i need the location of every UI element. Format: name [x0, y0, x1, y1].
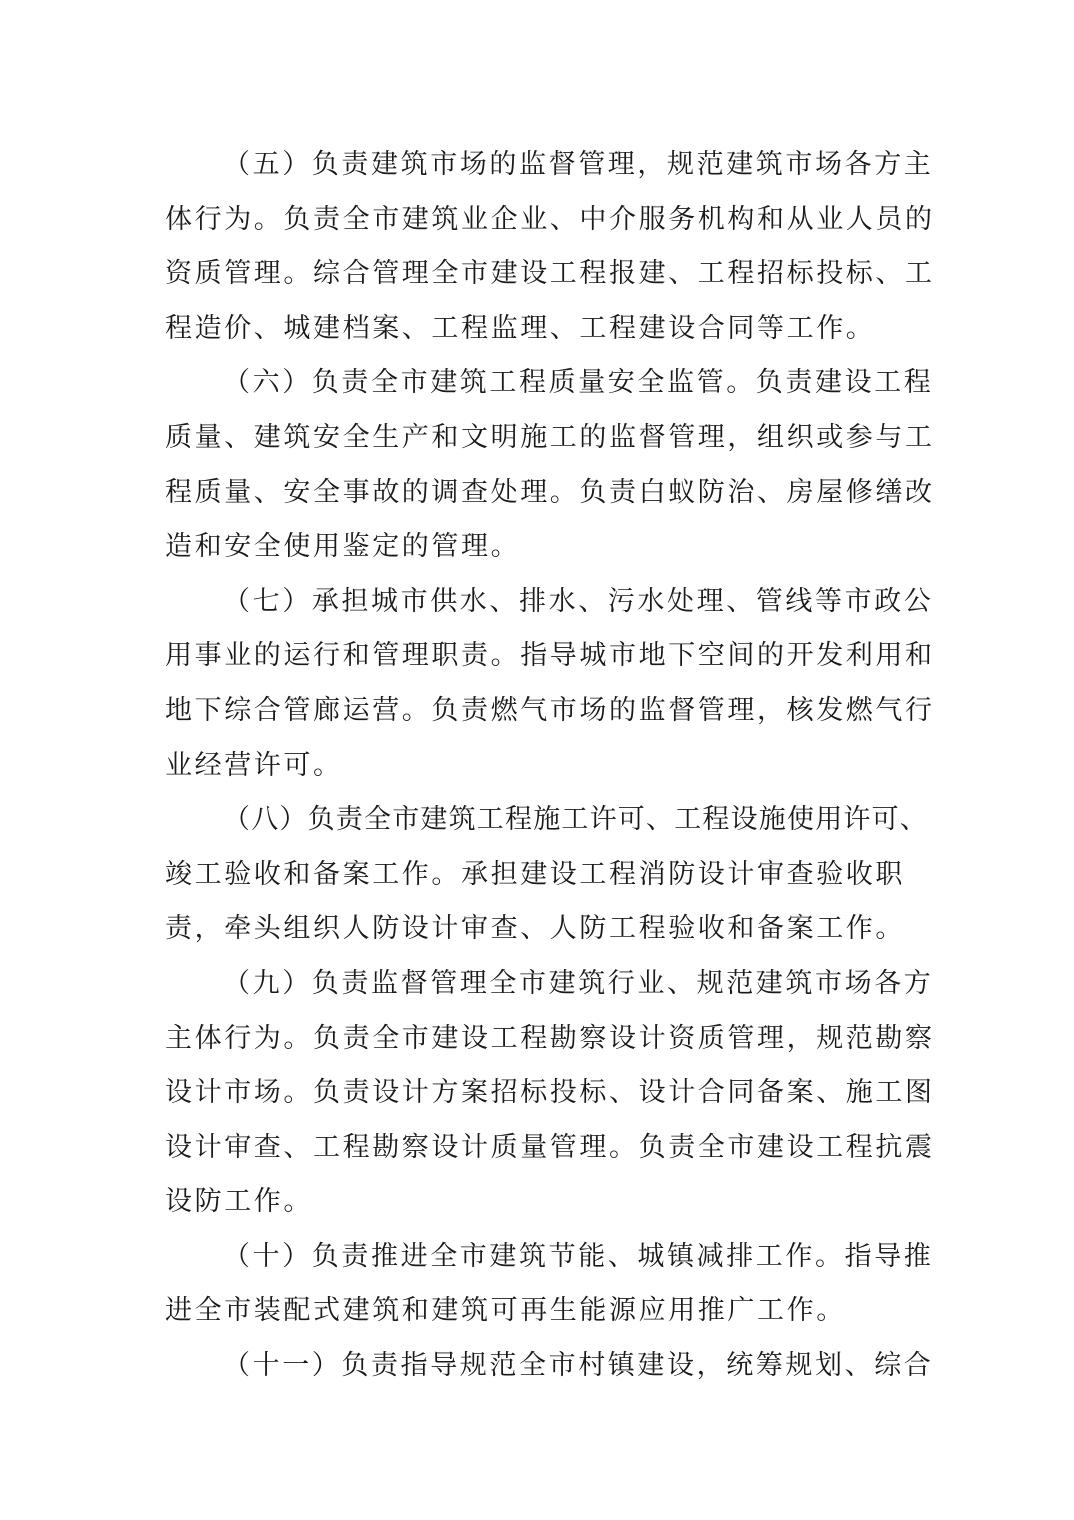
- text-line: （十一）负责指导规范全市村镇建设，统筹规划、综合: [165, 1339, 913, 1394]
- text-line: 资质管理。综合管理全市建设工程报建、工程招标投标、工: [165, 247, 913, 302]
- paragraph-8: （八）负责全市建筑工程施工许可、工程设施使用许可、 竣工验收和备案工作。承担建设…: [165, 793, 913, 957]
- document-page: （五）负责建筑市场的监督管理，规范建筑市场各方主 体行为。负责全市建筑业企业、中…: [0, 0, 1074, 1520]
- text-line: 程造价、城建档案、工程监理、工程建设合同等工作。: [165, 302, 913, 357]
- text-line: （五）负责建筑市场的监督管理，规范建筑市场各方主: [165, 138, 913, 193]
- text-line: （九）负责监督管理全市建筑行业、规范建筑市场各方: [165, 957, 913, 1012]
- text-line: （七）承担城市供水、排水、污水处理、管线等市政公: [165, 575, 913, 630]
- text-line: 体行为。负责全市建筑业企业、中介服务机构和从业人员的: [165, 193, 913, 248]
- text-line: 用事业的运行和管理职责。指导城市地下空间的开发利用和: [165, 629, 913, 684]
- paragraph-7: （七）承担城市供水、排水、污水处理、管线等市政公 用事业的运行和管理职责。指导城…: [165, 575, 913, 793]
- text-line: 竣工验收和备案工作。承担建设工程消防设计审查验收职: [165, 848, 913, 903]
- text-line: （六）负责全市建筑工程质量安全监管。负责建设工程: [165, 356, 913, 411]
- paragraph-11: （十一）负责指导规范全市村镇建设，统筹规划、综合: [165, 1339, 913, 1394]
- paragraph-9: （九）负责监督管理全市建筑行业、规范建筑市场各方 主体行为。负责全市建设工程勘察…: [165, 957, 913, 1230]
- text-line: 进全市装配式建筑和建筑可再生能源应用推广工作。: [165, 1284, 913, 1339]
- text-line: 程质量、安全事故的调查处理。负责白蚁防治、房屋修缮改: [165, 466, 913, 521]
- text-line: 地下综合管廊运营。负责燃气市场的监督管理，核发燃气行: [165, 684, 913, 739]
- paragraph-6: （六）负责全市建筑工程质量安全监管。负责建设工程 质量、建筑安全生产和文明施工的…: [165, 356, 913, 574]
- text-line: 设计审查、工程勘察设计质量管理。负责全市建设工程抗震: [165, 1121, 913, 1176]
- paragraph-5: （五）负责建筑市场的监督管理，规范建筑市场各方主 体行为。负责全市建筑业企业、中…: [165, 138, 913, 356]
- text-line: 质量、建筑安全生产和文明施工的监督管理，组织或参与工: [165, 411, 913, 466]
- paragraph-10: （十）负责推进全市建筑节能、城镇减排工作。指导推 进全市装配式建筑和建筑可再生能…: [165, 1230, 913, 1339]
- text-line: 责，牵头组织人防设计审查、人防工程验收和备案工作。: [165, 902, 913, 957]
- text-line: 造和安全使用鉴定的管理。: [165, 520, 913, 575]
- text-line: 设计市场。负责设计方案招标投标、设计合同备案、施工图: [165, 1066, 913, 1121]
- text-line: 业经营许可。: [165, 739, 913, 794]
- text-line: 设防工作。: [165, 1175, 913, 1230]
- text-line: （十）负责推进全市建筑节能、城镇减排工作。指导推: [165, 1230, 913, 1285]
- text-line: 主体行为。负责全市建设工程勘察设计资质管理，规范勘察: [165, 1012, 913, 1067]
- text-line: （八）负责全市建筑工程施工许可、工程设施使用许可、: [165, 793, 913, 848]
- document-body: （五）负责建筑市场的监督管理，规范建筑市场各方主 体行为。负责全市建筑业企业、中…: [165, 138, 913, 1394]
